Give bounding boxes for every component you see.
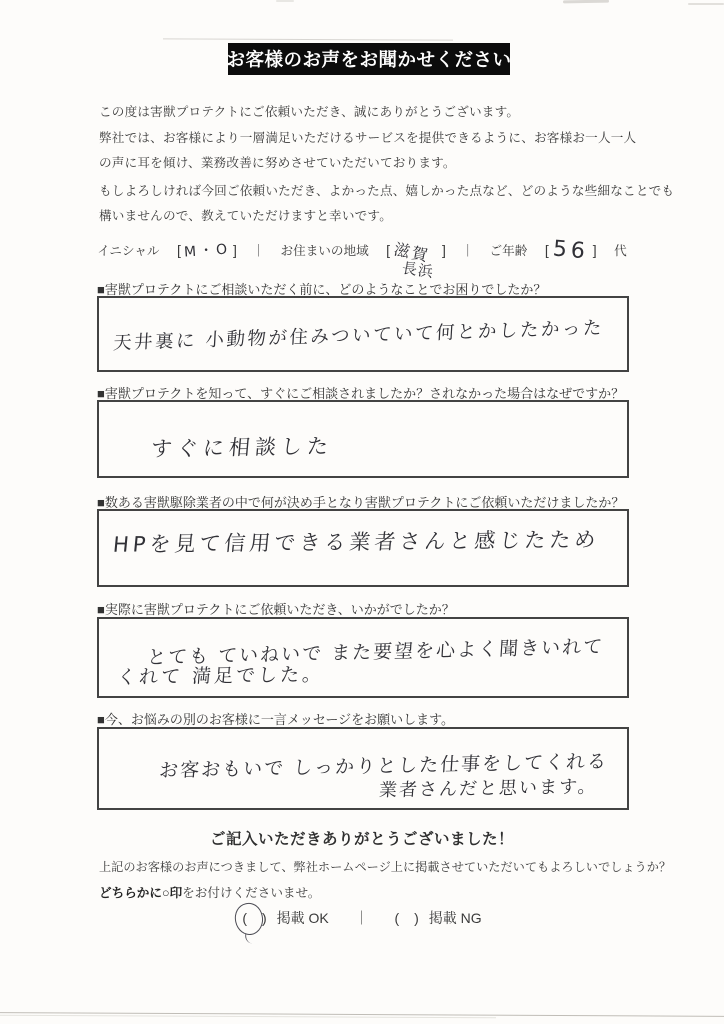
scan-edge-line-bottom bbox=[0, 1015, 496, 1019]
question-3-answer-box: HPを見て信用できる業者さんと感じたため bbox=[97, 509, 629, 587]
intro-paragraph-2-line-1: 弊社では、お客様により一層満足いただけるサービスを提供できるように、お客様お一人… bbox=[99, 127, 644, 146]
separator: ｜ bbox=[355, 910, 369, 926]
bracket: ] bbox=[442, 242, 446, 258]
scan-smudge bbox=[688, 3, 724, 5]
separator: ｜ bbox=[252, 244, 265, 258]
consent-instruction-bold: どちらかに○印 bbox=[99, 886, 182, 900]
paren-close: ) bbox=[414, 910, 419, 926]
region-handwritten-value: 滋賀長浜 bbox=[390, 244, 442, 260]
bracket: [ bbox=[545, 242, 549, 258]
publish-ng-label: 掲載 NG bbox=[429, 910, 482, 926]
question-4-answer-box: とても ていねいで また要望を心よく聞きいれて くれて 満足でした。 bbox=[97, 617, 629, 698]
question-5-answer-box: お客おもいで しっかりとした仕事をしてくれる 業者さんだと思います。 bbox=[97, 727, 629, 810]
respondent-profile-row: イニシャル [M・O] ｜ お住まいの地域 [滋賀長浜] ｜ ご年齢 [56] … bbox=[0, 236, 724, 261]
consent-instruction: どちらかに○印をお付けくださいませ。 bbox=[99, 882, 659, 901]
region-label: お住まいの地域 bbox=[281, 244, 369, 258]
intro-paragraph-3-line-2: 構いませんので、教えていただけますと幸いです。 bbox=[99, 205, 644, 224]
bracket: ] bbox=[593, 242, 597, 258]
publish-ng-parens: () bbox=[395, 910, 419, 926]
scan-smudge bbox=[276, 0, 294, 2]
age-label: ご年齢 bbox=[490, 244, 528, 258]
question-5-label: ■今、お悩みの別のお客様に一言メッセージをお願いします。 bbox=[97, 709, 637, 728]
question-4-label: ■実際に害獣プロテクトにご依頼いただき、いかがでしたか？ bbox=[97, 599, 637, 618]
bracket: [ bbox=[177, 242, 181, 258]
publish-ok-parens: () bbox=[242, 910, 266, 926]
question-5-handwritten-answer-line-2: 業者さんだと思います。 bbox=[378, 776, 628, 803]
region-city: 長浜 bbox=[401, 257, 436, 282]
publish-choice-row: () 掲載 OK ｜ () 掲載 NG bbox=[0, 908, 724, 928]
consent-instruction-rest: をお付けくださいませ。 bbox=[182, 886, 320, 900]
selected-circle-mark bbox=[232, 900, 266, 937]
scan-smudge bbox=[563, 0, 609, 3]
initial-handwritten-value: M・O bbox=[183, 238, 230, 261]
bracket: ] bbox=[233, 242, 237, 258]
scan-edge-line-top bbox=[163, 38, 453, 40]
page-title: お客様のお声をお聞かせください bbox=[228, 43, 510, 75]
age-handwritten-value: 56 bbox=[552, 236, 590, 264]
initial-label: イニシャル bbox=[97, 244, 159, 258]
scan-edge-line-bottom bbox=[0, 1012, 724, 1017]
intro-paragraph-3-line-1: もしよろしければ今回ご依頼いただき、よかった点、嬉しかった点など、どのような些細… bbox=[99, 180, 644, 199]
paren-open: ( bbox=[395, 910, 400, 926]
scanned-feedback-form: お客様のお声をお聞かせください この度は害獣プロテクトにご依頼いただき、誠にあり… bbox=[0, 0, 724, 1024]
publish-ok-label: 掲載 OK bbox=[277, 910, 329, 926]
age-suffix: 代 bbox=[614, 244, 627, 258]
question-3-handwritten-answer: HPを見て信用できる業者さんと感じたため bbox=[112, 526, 628, 558]
question-1-handwritten-answer: 天井裏に 小動物が住みついていて何とかしたかった bbox=[112, 316, 627, 355]
question-2-answer-box: すぐに相談した bbox=[97, 400, 629, 478]
intro-paragraph-2-line-2: の声に耳を傾け、業務改善に努めさせていただいております。 bbox=[99, 152, 644, 171]
thanks-heading: ご記入いただきありがとうございました！ bbox=[0, 827, 724, 849]
separator: ｜ bbox=[461, 244, 474, 258]
question-1-answer-box: 天井裏に 小動物が住みついていて何とかしたかった bbox=[97, 296, 629, 372]
question-2-handwritten-answer: すぐに相談した bbox=[150, 428, 628, 463]
intro-paragraph-1: この度は害獣プロテクトにご依頼いただき、誠にありがとうございます。 bbox=[99, 101, 644, 120]
consent-text: 上記のお客様のお声につきまして、弊社ホームページ上に掲載させていただいてもよろし… bbox=[99, 858, 659, 875]
